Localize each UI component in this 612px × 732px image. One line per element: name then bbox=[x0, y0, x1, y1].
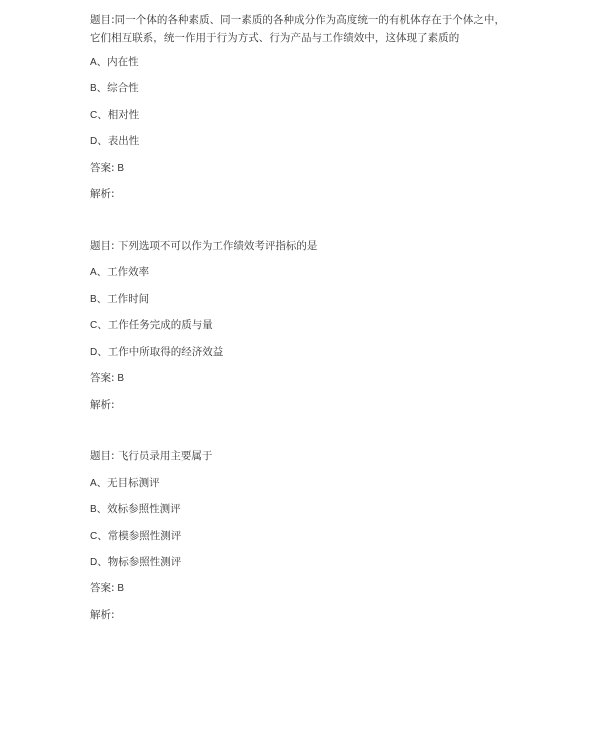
option-text: 、表出性 bbox=[97, 135, 139, 147]
answer-value: B bbox=[115, 163, 124, 174]
option-d: D、物标参照性测评 bbox=[90, 555, 181, 570]
option-a: A、工作效率 bbox=[90, 265, 149, 280]
option-c: C、相对性 bbox=[90, 108, 139, 123]
option-a: A、内在性 bbox=[90, 55, 139, 70]
question-title: 题目:同一个体的各种素质、同一素质的各种成分作为高度统一的有机体存在于个体之中，… bbox=[90, 11, 515, 47]
option-d: D、表出性 bbox=[90, 134, 139, 149]
analysis-label: 解析: bbox=[90, 398, 115, 412]
option-text: 、综合性 bbox=[97, 82, 139, 94]
option-b: B、工作时间 bbox=[90, 292, 149, 307]
answer: 答案: B bbox=[90, 371, 124, 386]
option-letter: B bbox=[90, 83, 97, 94]
option-text: 、常模参照性测评 bbox=[97, 530, 181, 542]
option-text: 、工作时间 bbox=[97, 293, 150, 305]
option-a: A、无目标测评 bbox=[90, 476, 160, 491]
option-text: 、工作任务完成的质与量 bbox=[97, 319, 213, 331]
option-letter: A bbox=[90, 57, 97, 68]
answer-value: B bbox=[115, 583, 124, 594]
answer-value: B bbox=[115, 373, 124, 384]
option-text: 、效标参照性测评 bbox=[97, 503, 181, 515]
option-text: 、无目标测评 bbox=[97, 477, 160, 489]
option-b: B、效标参照性测评 bbox=[90, 502, 181, 517]
option-text: 、内在性 bbox=[97, 56, 139, 68]
answer-label: 答案: bbox=[90, 372, 115, 384]
question-title: 题目: 下列选项不可以作为工作绩效考评指标的是 bbox=[90, 239, 317, 253]
option-b: B、综合性 bbox=[90, 81, 139, 96]
option-text: 、工作效率 bbox=[97, 266, 150, 278]
option-letter: B bbox=[90, 504, 97, 515]
option-d: D、工作中所取得的经济效益 bbox=[90, 345, 223, 360]
option-text: 、相对性 bbox=[97, 109, 139, 121]
option-letter: A bbox=[90, 478, 97, 489]
option-text: 、物标参照性测评 bbox=[97, 556, 181, 568]
analysis-label: 解析: bbox=[90, 608, 115, 622]
option-letter: A bbox=[90, 267, 97, 278]
question-title: 题目: 飞行员录用主要属于 bbox=[90, 449, 212, 463]
answer: 答案: B bbox=[90, 581, 124, 596]
option-text: 、工作中所取得的经济效益 bbox=[97, 346, 223, 358]
option-letter: B bbox=[90, 294, 97, 305]
answer-label: 答案: bbox=[90, 162, 115, 174]
option-c: C、常模参照性测评 bbox=[90, 529, 181, 544]
answer-label: 答案: bbox=[90, 582, 115, 594]
analysis-label: 解析: bbox=[90, 187, 115, 201]
answer: 答案: B bbox=[90, 161, 124, 176]
option-c: C、工作任务完成的质与量 bbox=[90, 318, 213, 333]
